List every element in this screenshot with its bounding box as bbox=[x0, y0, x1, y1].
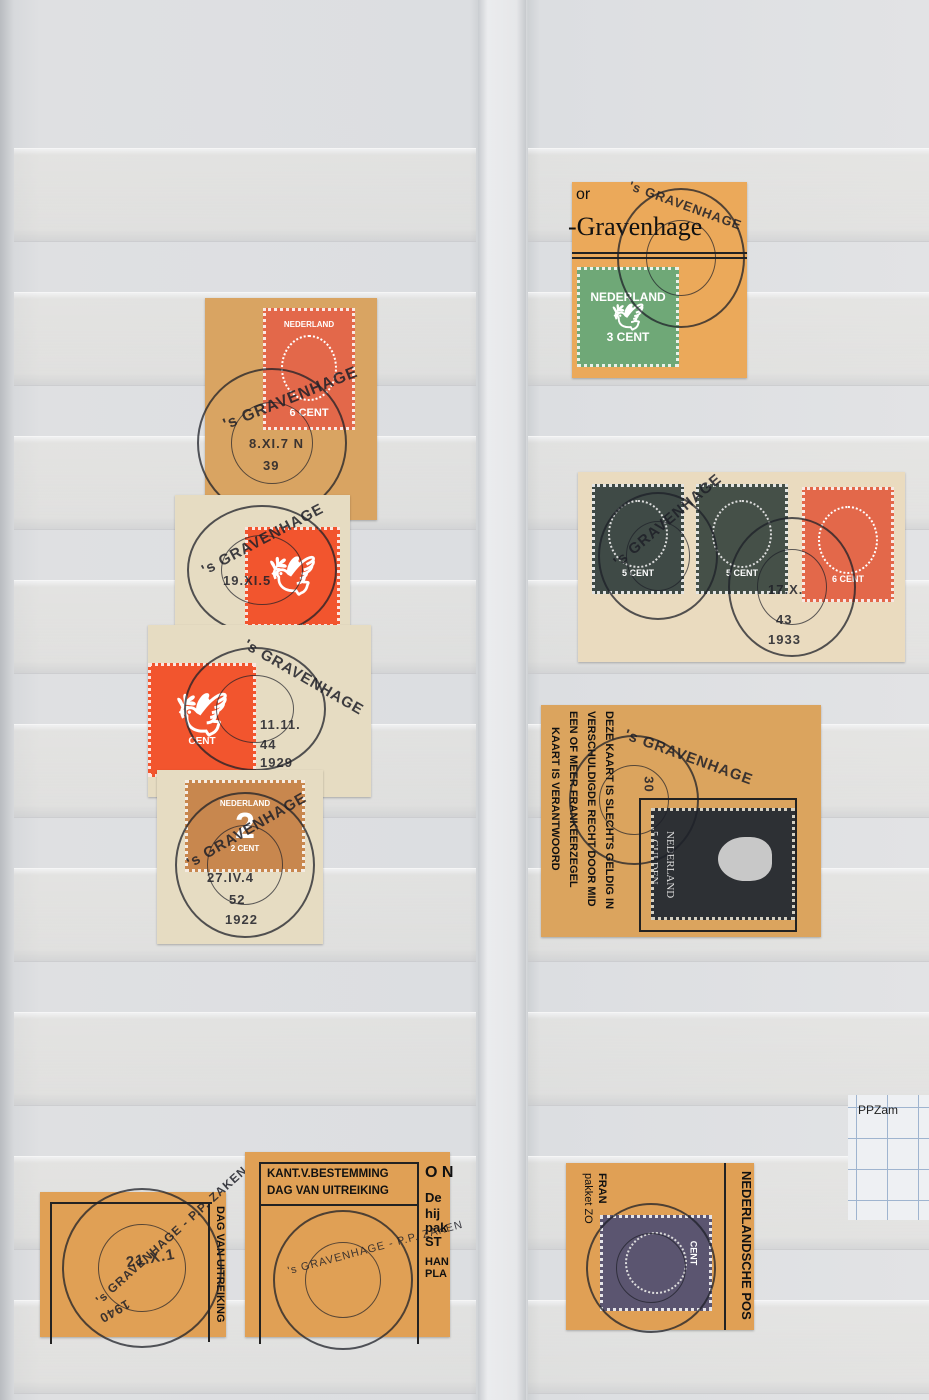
stamp-piece[interactable]: or -Gravenhage NEDERLAND 🕊 3 CENT 's GRA… bbox=[572, 182, 747, 378]
stamp-piece[interactable]: NEDERLAND 6 CENT 's GRAVENHAGE 8.XI.7 N … bbox=[205, 298, 377, 520]
postmark bbox=[184, 647, 326, 771]
postmark bbox=[586, 1203, 716, 1333]
stamp-piece[interactable]: NEDERLANDSCHE POS pakket ZO FRAN CENT bbox=[566, 1163, 754, 1330]
print-rule bbox=[724, 1163, 726, 1330]
stamp-piece[interactable]: KANT.V.BESTEMMING DAG VAN UITREIKING O N… bbox=[245, 1152, 450, 1337]
column-divider bbox=[478, 0, 526, 1400]
note-card: PPZam bbox=[848, 1095, 929, 1220]
stamp-piece[interactable]: NEDERLAND 2 2 CENT 's GRAVENHAGE 27.IV.4… bbox=[157, 770, 323, 944]
postmark bbox=[273, 1210, 413, 1350]
album-strip bbox=[14, 1012, 476, 1106]
queen-portrait-icon bbox=[718, 837, 772, 881]
stamp-piece[interactable]: 🕊 's GRAVENHAGE 19.XI.5 bbox=[175, 495, 350, 628]
stamp-piece[interactable]: DAG VAN UITREIKING 's GRAVENHAGE - P.P. … bbox=[40, 1192, 226, 1337]
stamp-piece[interactable]: DEZE KAART IS SLECHTS GELDIG IN VERSCHUL… bbox=[541, 705, 821, 937]
album-strip bbox=[528, 1012, 929, 1106]
print-rule bbox=[259, 1204, 417, 1206]
album-strip bbox=[14, 148, 476, 242]
stamp-piece[interactable]: 5 CENT 5 CENT 6 CENT 's GRAVENHAGE 17.X.… bbox=[578, 472, 905, 662]
